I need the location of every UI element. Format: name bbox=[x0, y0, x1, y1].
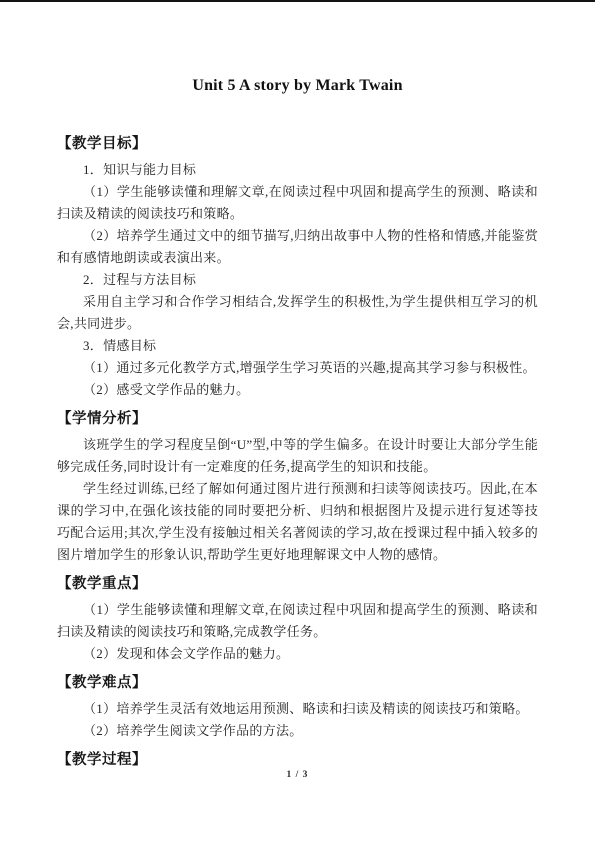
section-heading: 【学情分析】 bbox=[57, 408, 538, 430]
paragraph: （1）培养学生灵活有效地运用预测、略读和扫读及精读的阅读技巧和策略。 bbox=[57, 698, 538, 720]
section-heading: 【教学重点】 bbox=[57, 573, 538, 595]
paragraph: （1）学生能够读懂和理解文章,在阅读过程中巩固和提高学生的预测、略读和扫读及精读… bbox=[57, 599, 538, 643]
paragraph: （2）发现和体会文学作品的魅力。 bbox=[57, 643, 538, 665]
paragraph: （2）感受文学作品的魅力。 bbox=[57, 379, 538, 401]
paragraph: （1）学生能够读懂和理解文章,在阅读过程中巩固和提高学生的预测、略读和扫读及精读… bbox=[57, 181, 538, 225]
paragraph: 1．知识与能力目标 bbox=[57, 159, 538, 181]
paragraph: （2）培养学生阅读文学作品的方法。 bbox=[57, 720, 538, 742]
paragraph: 学生经过训练,已经了解如何通过图片进行预测和扫读等阅读技巧。因此,在本课的学习中… bbox=[57, 478, 538, 566]
paragraph: （2）培养学生通过文中的细节描写,归纳出故事中人物的性格和情感,并能鉴赏和有感情… bbox=[57, 225, 538, 269]
section-heading: 【教学目标】 bbox=[57, 133, 538, 155]
paragraph: 采用自主学习和合作学习相结合,发挥学生的积极性,为学生提供相互学习的机会,共同进… bbox=[57, 291, 538, 335]
paragraph: 2．过程与方法目标 bbox=[57, 269, 538, 291]
document-body: 【教学目标】1．知识与能力目标（1）学生能够读懂和理解文章,在阅读过程中巩固和提… bbox=[57, 133, 538, 771]
document-page: Unit 5 A story by Mark Twain 【教学目标】1．知识与… bbox=[0, 0, 595, 841]
paragraph: 3．情感目标 bbox=[57, 335, 538, 357]
section-heading: 【教学难点】 bbox=[57, 672, 538, 694]
paragraph: （1）通过多元化教学方式,增强学生学习英语的兴趣,提高其学习参与积极性。 bbox=[57, 357, 538, 379]
section-heading: 【教学过程】 bbox=[57, 749, 538, 771]
page-number: 1 / 3 bbox=[0, 770, 595, 780]
paragraph: 该班学生的学习程度呈倒“U”型,中等的学生偏多。在设计时要让大部分学生能够完成任… bbox=[57, 434, 538, 478]
page-top-border bbox=[0, 0, 595, 2]
document-title: Unit 5 A story by Mark Twain bbox=[0, 0, 595, 95]
